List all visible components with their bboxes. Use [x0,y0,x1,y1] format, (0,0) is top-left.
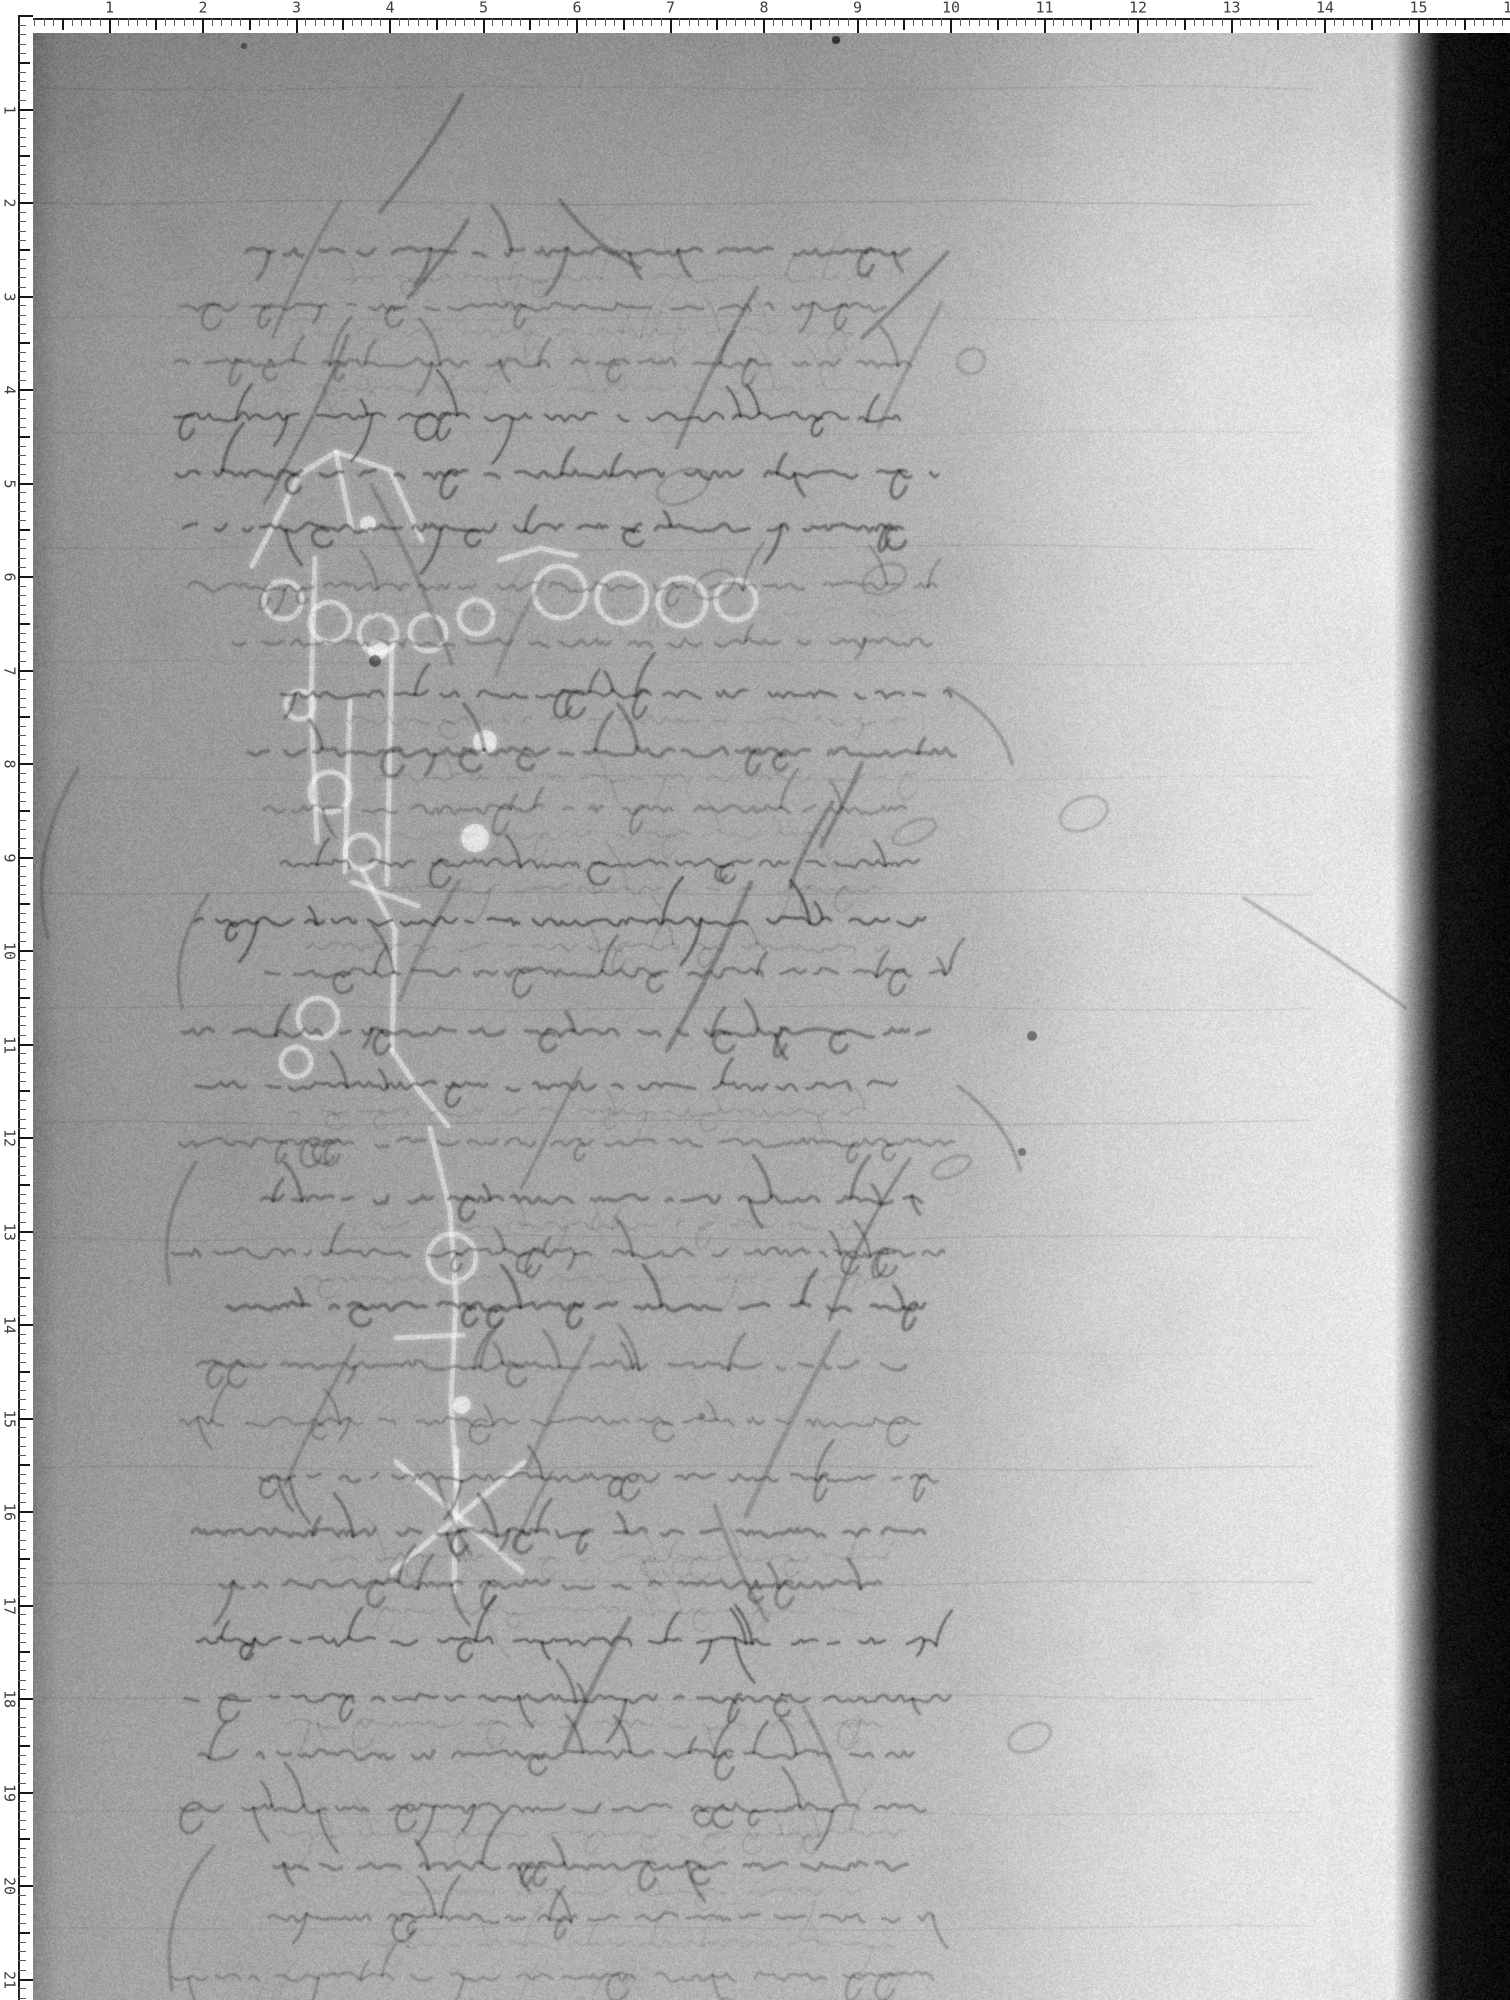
ruler-left-tick [18,1353,26,1354]
ruler-top-tick [586,18,587,26]
ruler-top-tick [1296,18,1297,26]
ruler-top-tick [1025,18,1026,26]
ruler-left-tick [18,558,26,559]
ruler-top-tick [520,18,521,26]
ruler-left-tick [18,268,26,269]
ruler-left-tick [18,605,26,606]
ruler-left-tick [18,1708,26,1709]
ruler-left-label: 10 [2,942,17,960]
ruler-left-tick [18,903,30,905]
ruler-top-tick [305,18,306,26]
ruler-top-tick [1371,18,1373,30]
ruler-left-label: 21 [2,1970,17,1988]
ruler-top-tick [118,18,119,26]
ruler-left-tick [18,1296,26,1297]
ruler-left-tick [18,1558,30,1560]
ruler-left-tick [18,1904,26,1905]
ruler-left-tick [18,352,26,353]
ruler-left-tick [18,576,33,578]
ruler-top-tick [1184,18,1186,30]
ruler-top-label: 11 [1035,1,1053,16]
ruler-top-tick [1072,18,1073,26]
ruler-left-tick [18,997,30,999]
ruler-top-tick [1343,18,1344,26]
ruler-left-label: 2 [2,198,17,207]
ruler-left-tick [18,1362,26,1363]
ruler-top-label: 3 [292,1,301,16]
ruler-left-tick [18,932,26,933]
ruler-top-tick [651,18,652,26]
ruler-left-tick [18,184,26,185]
ruler-top-label: 13 [1222,1,1240,16]
ruler-left-tick [18,146,26,147]
ruler-left-tick [18,1876,26,1877]
ruler-top-tick [1053,18,1054,26]
ruler-top-tick [193,18,194,26]
ruler-left-tick [18,782,26,783]
ruler-top-tick [716,18,718,30]
ruler-left-tick [18,885,26,886]
ruler-top-tick [296,18,298,33]
ruler-left-tick [18,950,33,952]
ruler-left-tick [18,1960,26,1961]
ruler-top-tick [932,18,933,26]
ruler-left-tick [18,1063,26,1064]
ruler-left-tick [18,174,26,175]
ruler-left-tick [18,34,26,35]
ruler-left-tick [18,427,26,428]
ruler-top-tick [913,18,914,26]
ruler-top-tick [1493,18,1494,26]
ruler-left-tick [18,651,26,652]
ruler-left-tick [18,960,26,961]
ruler-left-tick [18,679,26,680]
ruler-top-tick [202,18,204,33]
ruler-left-tick [18,1090,30,1092]
ruler-top-tick [539,18,540,26]
ruler-left-label: 20 [2,1877,17,1895]
ruler-top-tick [1259,18,1260,26]
ruler-left-tick [18,820,26,821]
ruler-top-tick [34,18,35,26]
ruler-top-tick [1277,18,1279,30]
ruler-top: 012345678910111213141516 [0,0,1510,33]
ruler-left-tick [18,1212,26,1213]
ruler-left-tick [18,249,30,251]
ruler-left-label: 9 [2,853,17,862]
ruler-left-tick [18,1194,26,1195]
ruler-left-tick [18,418,26,419]
ruler-left-tick [18,90,26,91]
ruler-left-tick [18,1895,26,1896]
ruler-left-tick [18,240,26,241]
ruler-left-tick [18,1792,33,1794]
ruler-left-tick [18,1511,33,1513]
ruler-left-tick [18,1035,26,1036]
ruler-left-tick [18,838,26,839]
ruler-left-tick [18,1586,26,1587]
ruler-left-tick [18,1689,26,1690]
ruler-left-tick [18,1717,26,1718]
ruler-top-tick [1100,18,1101,26]
ruler-left-tick [18,464,26,465]
ruler-top-tick [1474,18,1475,26]
ruler-left-tick [18,1698,33,1700]
ruler-top-tick [100,18,101,26]
ruler-top-tick [922,18,923,26]
ruler-top-tick [315,18,316,26]
ruler-top-label: 14 [1316,1,1334,16]
ruler-left-tick [18,1474,26,1475]
ruler-left-tick [18,62,30,64]
ruler-left-tick [18,1568,26,1569]
ruler-top-tick [689,18,690,26]
ruler-left-tick [18,1259,26,1260]
ruler-left-tick [18,539,26,540]
ruler-top-label: 16 [1503,1,1510,16]
ruler-left-tick [18,25,26,26]
ruler-top-tick [773,18,774,26]
ruler-left-tick [18,1175,26,1176]
ruler-left-tick [18,1951,26,1952]
ruler-top-tick [1156,18,1157,26]
ruler-left-tick [18,586,26,587]
ruler-left-tick [18,1390,26,1391]
ruler-left-tick [18,511,26,512]
ruler-top-tick [324,18,325,26]
ruler-left-tick [18,1596,26,1597]
ruler-left-tick [18,1970,26,1971]
ruler-top-tick [184,18,185,26]
ruler-left-tick [18,876,26,877]
ruler-left-label: 3 [2,292,17,301]
ruler-top-label: 15 [1409,1,1427,16]
ruler-top-tick [287,18,288,26]
ruler-left-tick [18,773,26,774]
ruler-top-tick [342,18,344,30]
ruler-top-tick [1007,18,1008,26]
ruler-top-tick [109,18,111,33]
ruler-left-tick [18,1885,33,1887]
ruler-left-tick [18,380,26,381]
ruler-left-tick [18,436,30,438]
ruler-top-tick [838,18,839,26]
ruler-top-tick [44,18,45,26]
ruler-left-tick [18,1493,26,1494]
ruler-left-tick [18,277,26,278]
ruler-left-label: 7 [2,666,17,675]
ruler-left-tick [18,1184,30,1186]
ruler-left-tick [18,100,26,101]
ruler-left-tick [18,389,33,391]
ruler-top-tick [1035,18,1036,26]
ruler-left-tick [18,1661,26,1662]
ruler-left-tick [18,1521,26,1522]
ruler-left-tick [18,1409,26,1410]
ruler-left-tick [18,81,26,82]
ruler-left-tick [18,1166,26,1167]
ruler-left-tick [18,1867,26,1868]
ruler-top-tick [801,18,802,26]
ruler-top-tick [418,18,419,26]
ruler-top-tick [763,18,765,33]
ruler-left-tick [18,1755,26,1756]
ruler-left-tick [18,1942,26,1943]
ruler-left-tick [18,1418,33,1420]
ruler-left-tick [18,1670,26,1671]
ruler-left-tick [18,716,30,718]
scan-viewer: 012345678910111213141516 123456789101112… [0,0,1510,2000]
ruler-left-tick [18,1736,26,1737]
ruler-top-tick [820,18,821,26]
ruler-top-tick [446,18,447,26]
ruler-left-tick [18,1680,26,1681]
ruler-top-tick [548,18,549,26]
ruler-top-tick [988,18,989,26]
ruler-left-label: 16 [2,1503,17,1521]
ruler-top-tick [1128,18,1129,26]
ruler-left-label: 13 [2,1222,17,1240]
ruler-top-tick [894,18,895,26]
ruler-left-tick [18,324,26,325]
ruler-left-tick [18,735,26,736]
ruler-top-tick [941,18,942,26]
ruler-left-tick [18,689,26,690]
ruler-top-tick [1268,18,1269,26]
ruler-left-tick [18,670,33,672]
ruler-top-label: 7 [666,1,675,16]
ruler-left-tick [18,1287,26,1288]
ruler-top-tick [1446,18,1447,26]
ruler-left-tick [18,913,26,914]
ruler-top-label: 6 [572,1,581,16]
ruler-left-tick [18,1072,26,1073]
ruler-left-tick [18,1727,26,1728]
ruler-top-tick [511,18,512,26]
ruler-top-tick [605,18,606,26]
ruler-top-tick [698,18,699,26]
ruler-left-tick [18,754,26,755]
ruler-top-tick [661,18,662,26]
ruler-left-tick [18,1801,26,1802]
ruler-left-tick [18,1437,26,1438]
ruler-top-tick [249,18,251,30]
ruler-left-tick [18,53,26,54]
ruler-left-tick [18,1633,26,1634]
ruler-top-tick [567,18,568,26]
ruler-left-tick [18,698,26,699]
ruler-top-tick [221,18,222,26]
ruler-left-tick [18,922,26,923]
ruler-left-tick [18,1315,26,1316]
ruler-left-tick [18,1025,26,1026]
ruler-left-tick [18,1222,26,1223]
ruler-top-tick [754,18,755,26]
ruler-left-tick [18,1119,26,1120]
ruler-top-tick [1250,18,1251,26]
ruler-left-tick [18,595,26,596]
ruler-left-tick [18,1848,26,1849]
ruler-left-label: 5 [2,479,17,488]
ruler-left-tick [18,1203,26,1204]
ruler-top-tick [810,18,812,30]
ruler-left-tick [18,44,26,45]
ruler-left-label: 14 [2,1316,17,1334]
ruler-left-label: 17 [2,1596,17,1614]
ruler-left-tick [18,212,26,213]
ruler-top-label: 1 [105,1,114,16]
ruler-top-tick [792,18,793,26]
ruler-top-tick [745,18,746,26]
ruler-top-tick [1390,18,1391,26]
ruler-left-tick [18,1250,26,1251]
ruler-top-tick [81,18,82,26]
ruler-left-tick [18,492,26,493]
ruler-top-tick [259,18,260,26]
ruler-top-tick [1409,18,1410,26]
ruler-left-tick [18,333,26,334]
ruler-top-tick [333,18,334,26]
ruler-left-tick [18,1577,26,1578]
ruler-top-tick [212,18,213,26]
ruler-left-tick [18,1109,26,1110]
ruler-top-tick [146,18,147,26]
ruler-top-tick [399,18,400,26]
ruler-top-tick [1119,18,1120,26]
ruler-left-tick [18,1324,33,1326]
ruler-left-label: 6 [2,572,17,581]
ruler-top-label: 4 [385,1,394,16]
ruler-left-tick [18,1624,26,1625]
ruler-left-tick [18,1231,33,1233]
ruler-top-tick [950,18,952,33]
ruler-left-tick [18,1914,26,1915]
ruler-left-tick [18,1820,26,1821]
ruler-top-tick [614,18,615,26]
ruler-left-tick [18,894,26,895]
ruler-left-tick [18,1829,26,1830]
ruler-left-tick [18,193,26,194]
ruler-left-tick [18,221,26,222]
ruler-top-tick [240,18,241,26]
ruler-left-tick [18,1811,26,1812]
ruler-left-tick [18,287,26,288]
ruler-left-tick [18,1306,26,1307]
ruler-top-tick [474,18,475,26]
ruler-left-tick [18,118,26,119]
ruler-top-tick [1137,18,1139,33]
ruler-left-label: 19 [2,1783,17,1801]
ruler-top-tick [483,18,485,33]
ruler-top-label: 5 [479,1,488,16]
ruler-top-tick [1362,18,1363,26]
ruler-top-tick [1166,18,1167,26]
ruler-top-tick [1175,18,1176,26]
ruler-top-tick [1212,18,1213,26]
ruler-top-tick [885,18,886,26]
ruler-left: 123456789101112131415161718192021 [0,0,33,2000]
ruler-left-tick [18,848,26,849]
ruler-top-tick [1455,18,1456,26]
ruler-left-tick [18,399,26,400]
ruler-left-tick [18,1427,26,1428]
ruler-top-tick [155,18,157,30]
ruler-left-tick [18,548,26,549]
ruler-left-tick [18,446,26,447]
ruler-top-tick [1231,18,1233,33]
ruler-left-tick [18,259,26,260]
ruler-left-tick [18,1007,26,1008]
ruler-left-tick [18,1483,26,1484]
ruler-left-tick [18,1773,26,1774]
ruler-top-tick [1502,18,1503,26]
ruler-left-tick [18,1137,33,1139]
ruler-left-tick [18,15,33,17]
ruler-top-label: 8 [759,1,768,16]
ruler-left-tick [18,1156,26,1157]
ruler-left-tick [18,520,26,521]
ruler-top-tick [62,18,64,30]
ruler-left-tick [18,128,26,129]
ruler-left-tick [18,1745,30,1747]
ruler-left-label: 11 [2,1035,17,1053]
ruler-left-tick [18,1399,26,1400]
ruler-top-tick [1418,18,1420,33]
ruler-left-tick [18,1277,30,1279]
ruler-left-tick [18,371,26,372]
ruler-top-tick [529,18,531,30]
ruler-top-tick [1315,18,1316,26]
ruler-left-tick [18,1044,33,1046]
ruler-left-tick [18,1783,26,1784]
ruler-top-tick [866,18,867,26]
ruler-top-tick [1240,18,1241,26]
ruler-top-tick [165,18,166,26]
ruler-top-tick [997,18,999,30]
ruler-top-tick [726,18,727,26]
ruler-top-tick [1306,18,1307,26]
ruler-left-tick [18,633,26,634]
ruler-left-tick [18,361,26,362]
ruler-left-tick [18,408,26,409]
ruler-left-tick [18,792,26,793]
ruler-left-tick [18,1605,33,1607]
ruler-left-tick [18,1549,26,1550]
ruler-left-tick [18,1540,26,1541]
ruler-top-tick [1324,18,1326,33]
ruler-top-tick [670,18,672,33]
ruler-left-tick [18,155,30,157]
ruler-top-tick [979,18,980,26]
ruler-top-tick [352,18,353,26]
ruler-top-tick [1353,18,1354,26]
ruler-left-tick [18,305,26,306]
ruler-left-tick [18,1016,26,1017]
ruler-left-tick [18,866,26,867]
ruler-top-tick [371,18,372,26]
ruler-top-tick [1203,18,1204,26]
ruler-left-tick [18,1464,30,1466]
ruler-top-tick [707,18,708,26]
ruler-top-tick [408,18,409,26]
ruler-left-tick [18,1053,26,1054]
ruler-left-tick [18,1147,26,1148]
ruler-left-tick [18,1651,30,1653]
ruler-left-tick [18,1128,26,1129]
ruler-top-tick [1464,18,1466,30]
ruler-top-tick [502,18,503,26]
ruler-top-tick [782,18,783,26]
